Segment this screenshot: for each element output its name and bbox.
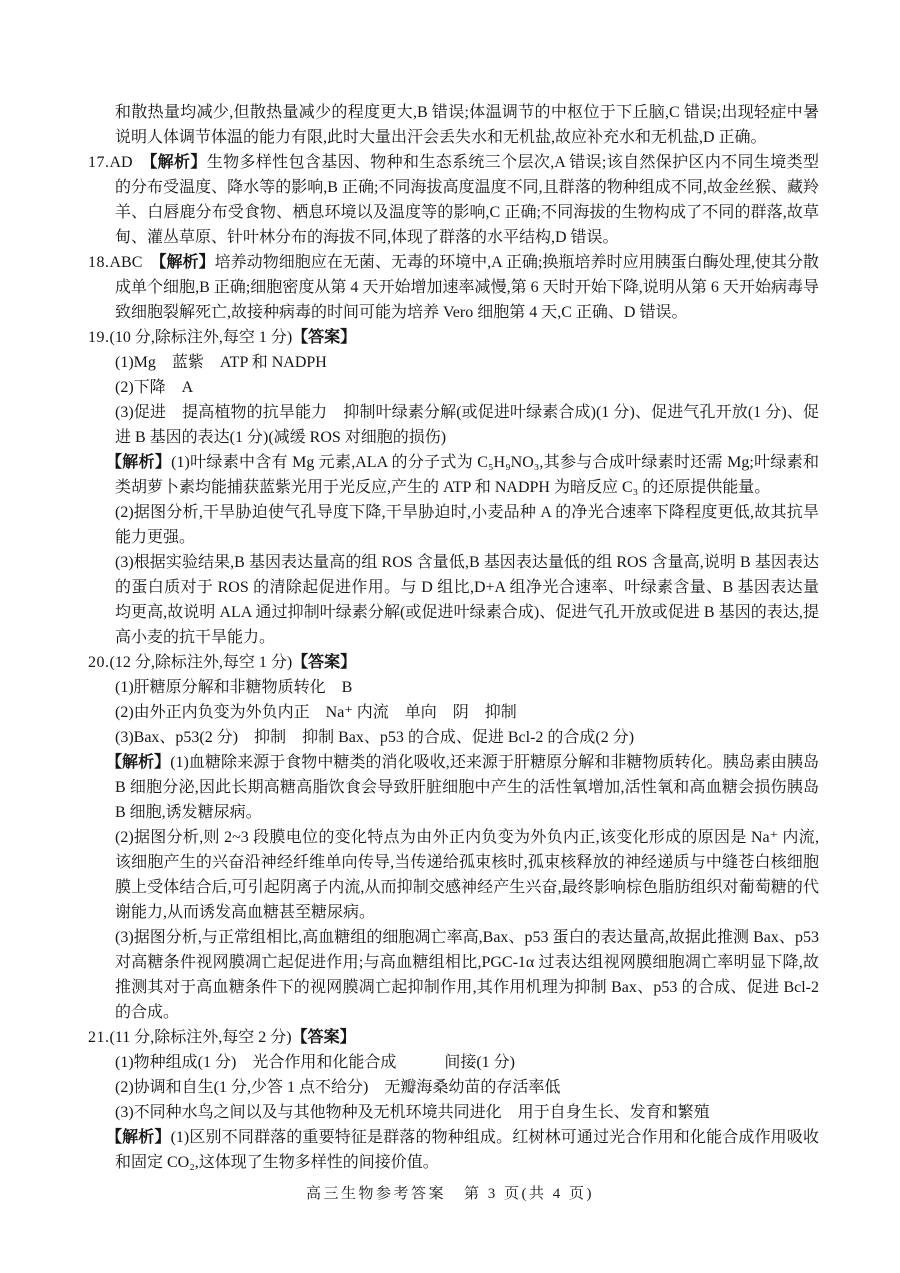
- item-19-analysis-3: (3)根据实验结果,B 基因表达量高的组 ROS 含量低,B 基因表达量低的组 …: [115, 550, 819, 650]
- text-run: 和散热量均减少,但散热量减少的程度更大,B 错误;体温调节的中枢位于下丘脑,C …: [115, 104, 819, 146]
- item-21-answer-1: (1)物种组成(1 分) 光合作用和化能合成 间接(1 分): [115, 1050, 819, 1075]
- item-number: 18.: [88, 254, 110, 271]
- text-run: (3)不同种水鸟之间以及与其他物种及无机环境共同进化 用于自身生长、发育和繁殖: [115, 1104, 710, 1121]
- text-run: (3)促进 提高植物的抗旱能力 抑制叶绿素分解(或促进叶绿素合成)(1 分)、促…: [115, 404, 819, 446]
- text-run: (1)肝糖原分解和非糖物质转化 B: [115, 679, 352, 696]
- item-number: 19.: [88, 329, 110, 346]
- text-run: (3)Bax、p53(2 分) 抑制 抑制 Bax、p53 的合成、促进 Bcl…: [115, 729, 634, 746]
- item-19-answer-2: (2)下降 A: [115, 375, 819, 400]
- bold-marker: 【解析】: [106, 1129, 171, 1146]
- item-17: 17.AD 【解析】生物多样性包含基因、物种和生态系统三个层次,A 错误;该自然…: [115, 150, 819, 250]
- text-run: (3)根据实验结果,B 基因表达量高的组 ROS 含量低,B 基因表达量低的组 …: [115, 554, 819, 646]
- item-21-analysis-1: 【解析】(1)区别不同群落的重要特征是群落的物种组成。红树林可通过光合作用和化能…: [115, 1125, 819, 1175]
- item-21-answer-2: (2)协调和自生(1 分,少答 1 点不给分) 无瓣海桑幼苗的存活率低: [115, 1075, 819, 1100]
- item-number: 20.: [88, 654, 110, 671]
- text-run: 生物多样性包含基因、物种和生态系统三个层次,A 错误;该自然保护区内不同生境类型…: [115, 154, 819, 246]
- page-footer: 高三生物参考答案第 3 页(共 4 页): [0, 1182, 900, 1203]
- item-20-analysis-3: (3)据图分析,与正常组相比,高血糖组的细胞凋亡率高,Bax、p53 蛋白的表达…: [115, 925, 819, 1025]
- item-19-analysis-1: 【解析】(1)叶绿素中含有 Mg 元素,ALA 的分子式为 C₅H₉NO₃,其参…: [115, 450, 819, 500]
- text-run: (2)下降 A: [115, 379, 193, 396]
- item-21-answer-3: (3)不同种水鸟之间以及与其他物种及无机环境共同进化 用于自身生长、发育和繁殖: [115, 1100, 819, 1125]
- item-20-analysis-2: (2)据图分析,则 2~3 段膜电位的变化特点为由外正内负变为外负内正,该变化形…: [115, 825, 819, 925]
- document-body: 和散热量均减少,但散热量减少的程度更大,B 错误;体温调节的中枢位于下丘脑,C …: [88, 100, 819, 1175]
- item-20-analysis-1: 【解析】(1)血糖除来源于食物中糖类的消化吸收,还来源于肝糖原分解和非糖物质转化…: [115, 750, 819, 825]
- text-run: (1)血糖除来源于食物中糖类的消化吸收,还来源于肝糖原分解和非糖物质转化。胰岛素…: [115, 754, 819, 821]
- text-run: ABC: [110, 254, 159, 271]
- item-21-header: 21.(11 分,除标注外,每空 2 分)【答案】: [115, 1025, 819, 1050]
- text-run: (3)据图分析,与正常组相比,高血糖组的细胞凋亡率高,Bax、p53 蛋白的表达…: [115, 929, 819, 1021]
- q16-continuation: 和散热量均减少,但散热量减少的程度更大,B 错误;体温调节的中枢位于下丘脑,C …: [115, 100, 819, 150]
- text-run: (11 分,除标注外,每空 2 分): [110, 1029, 292, 1046]
- bold-marker: 【解析】: [106, 754, 170, 771]
- item-number: 21.: [88, 1029, 110, 1046]
- text-run: (1)叶绿素中含有 Mg 元素,ALA 的分子式为 C₅H₉NO₃,其参与合成叶…: [115, 454, 819, 496]
- bold-marker: 【答案】: [292, 1029, 356, 1046]
- text-run: (1)区别不同群落的重要特征是群落的物种组成。红树林可通过光合作用和化能合成作用…: [115, 1129, 819, 1171]
- item-20-answer-2: (2)由外正内负变为外负内正 Na⁺ 内流 单向 阴 抑制: [115, 700, 819, 725]
- item-20-header: 20.(12 分,除标注外,每空 1 分)【答案】: [115, 650, 819, 675]
- item-19-answer-1: (1)Mg 蓝紫 ATP 和 NADPH: [115, 350, 819, 375]
- text-run: (10 分,除标注外,每空 1 分): [110, 329, 293, 346]
- bold-marker: 【答案】: [292, 329, 356, 346]
- bold-marker: 【解析】: [149, 154, 206, 171]
- text-run: 培养动物细胞应在无菌、无毒的环境中,A 正确;换瓶培养时应用胰蛋白酶处理,使其分…: [115, 254, 819, 321]
- item-19-header: 19.(10 分,除标注外,每空 1 分)【答案】: [115, 325, 819, 350]
- bold-marker: 【解析】: [158, 254, 214, 271]
- item-number: 17.: [88, 154, 110, 171]
- exam-answer-page: 和散热量均减少,但散热量减少的程度更大,B 错误;体温调节的中枢位于下丘脑,C …: [0, 0, 900, 1273]
- text-run: (2)据图分析,则 2~3 段膜电位的变化特点为由外正内负变为外负内正,该变化形…: [115, 829, 819, 921]
- text-run: (12 分,除标注外,每空 1 分): [110, 654, 293, 671]
- item-18: 18.ABC 【解析】培养动物细胞应在无菌、无毒的环境中,A 正确;换瓶培养时应…: [115, 250, 819, 325]
- text-run: (2)由外正内负变为外负内正 Na⁺ 内流 单向 阴 抑制: [115, 704, 517, 721]
- item-20-answer-1: (1)肝糖原分解和非糖物质转化 B: [115, 675, 819, 700]
- bold-marker: 【答案】: [292, 654, 356, 671]
- bold-marker: 【解析】: [106, 454, 171, 471]
- item-19-answer-3: (3)促进 提高植物的抗旱能力 抑制叶绿素分解(或促进叶绿素合成)(1 分)、促…: [115, 400, 819, 450]
- item-19-analysis-2: (2)据图分析,干旱胁迫使气孔导度下降,干旱胁迫时,小麦品种 A 的净光合速率下…: [115, 500, 819, 550]
- item-20-answer-3: (3)Bax、p53(2 分) 抑制 抑制 Bax、p53 的合成、促进 Bcl…: [115, 725, 819, 750]
- footer-page-indicator: 第 3 页(共 4 页): [464, 1186, 594, 1202]
- text-run: (1)物种组成(1 分) 光合作用和化能合成 间接(1 分): [115, 1054, 515, 1071]
- text-run: (2)据图分析,干旱胁迫使气孔导度下降,干旱胁迫时,小麦品种 A 的净光合速率下…: [115, 504, 819, 546]
- text-run: AD: [110, 154, 150, 171]
- footer-document-title: 高三生物参考答案: [306, 1186, 446, 1202]
- text-run: (1)Mg 蓝紫 ATP 和 NADPH: [115, 354, 327, 371]
- text-run: (2)协调和自生(1 分,少答 1 点不给分) 无瓣海桑幼苗的存活率低: [115, 1079, 560, 1096]
